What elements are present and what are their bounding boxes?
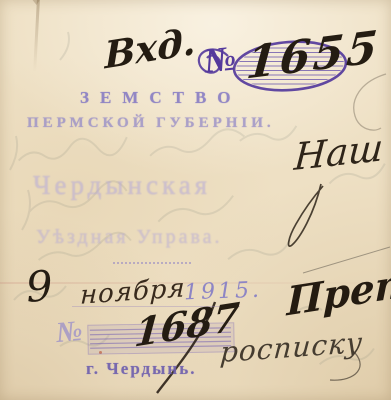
incoming-number-handwriting: 1655 bbox=[245, 25, 382, 86]
letterhead-divider bbox=[113, 262, 191, 264]
right-fragment-bottom-handwriting: росписку bbox=[219, 329, 364, 367]
vertical-crease bbox=[33, 0, 40, 72]
letterhead-line-zemstvo: ЗЕМСТВО bbox=[80, 89, 242, 106]
date-day-handwriting: 9 bbox=[25, 265, 55, 309]
letterhead-line-district: Чердынская bbox=[33, 172, 211, 199]
letterhead-line-uprava: Уѣздная Управа. bbox=[36, 227, 223, 247]
letterhead-line-province: ПЕРМСКОЙ ГУБЕРНІИ. bbox=[27, 116, 275, 131]
right-fragment-top-handwriting: Наш bbox=[293, 129, 385, 176]
incoming-label-handwriting: Вхд. bbox=[104, 23, 195, 75]
descender-loop-stroke bbox=[289, 184, 323, 246]
numero-sign-bottom: № bbox=[55, 317, 84, 348]
ink-speck bbox=[99, 351, 102, 354]
numero-sign-top: № bbox=[202, 40, 238, 78]
scanned-document: ЗЕМСТВО ПЕРМСКОЙ ГУБЕРНІИ. Чердынская Уѣ… bbox=[0, 0, 391, 400]
pencil-flourish-stroke bbox=[354, 74, 386, 130]
right-fragment-middle-handwriting: Преп bbox=[286, 265, 391, 323]
letterhead-city: г. Чердынь. bbox=[86, 360, 196, 377]
